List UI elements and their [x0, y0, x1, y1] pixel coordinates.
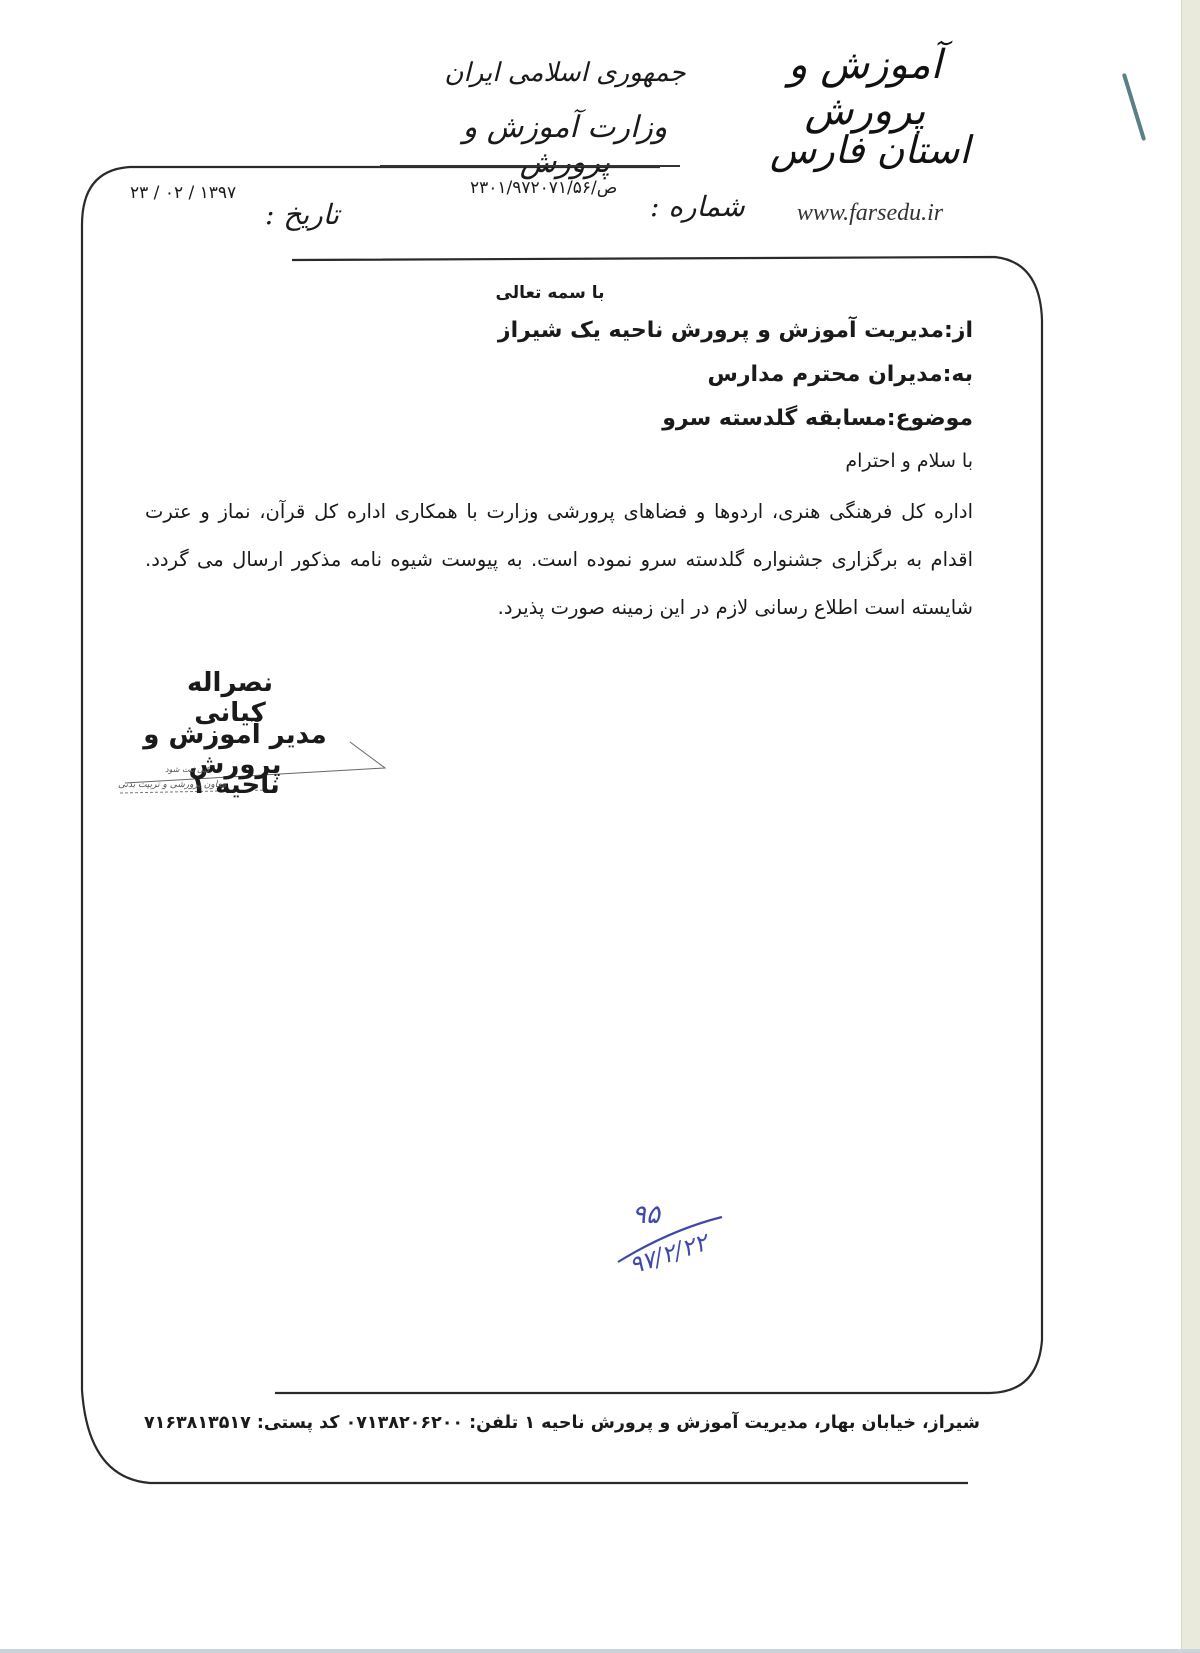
- handwritten-number: ۹۵: [632, 1200, 660, 1230]
- number-label: شماره :: [650, 190, 745, 223]
- subject-line: موضوع:مسابقه گلدسته سرو: [662, 406, 973, 431]
- footer-address: شیراز، خیابان بهار، مدیریت آموزش و پرورش…: [144, 1413, 980, 1433]
- brand-title: آموزش و پرورش: [730, 42, 1000, 134]
- date-value: ۱۳۹۷ / ۰۲ / ۲۳: [130, 183, 236, 203]
- to-line: به:مدیران محترم مدارس: [708, 362, 973, 387]
- brand-subtitle: استان فارس: [760, 128, 980, 172]
- government-line-2: وزارت آموزش و پرورش: [420, 110, 710, 180]
- stamp-note-2: معاون پرورشی و تربیت بدنی: [118, 780, 227, 790]
- website-url: www.farsedu.ir: [760, 200, 980, 227]
- number-value: ص/۲۳۰۱/۹۷۲۰۷۱/۵۶: [470, 178, 617, 198]
- date-label: تاریخ :: [265, 198, 339, 231]
- invocation: با سمه تعالی: [480, 283, 620, 303]
- greeting: با سلام و احترام: [845, 450, 973, 472]
- from-line: از:مدیریت آموزش و پرورش ناحیه یک شیراز: [498, 318, 973, 343]
- header-rule: [380, 165, 680, 167]
- stamp-note-1: کپی ثبت شود: [165, 765, 210, 774]
- government-line-1: جمهوری اسلامی ایران: [440, 58, 690, 88]
- signatory-name: نصراله کیانی: [150, 668, 310, 728]
- letter-frame: [0, 0, 1200, 1653]
- body-paragraph: اداره کل فرهنگی هنری، اردوها و فضاهای پر…: [145, 488, 973, 632]
